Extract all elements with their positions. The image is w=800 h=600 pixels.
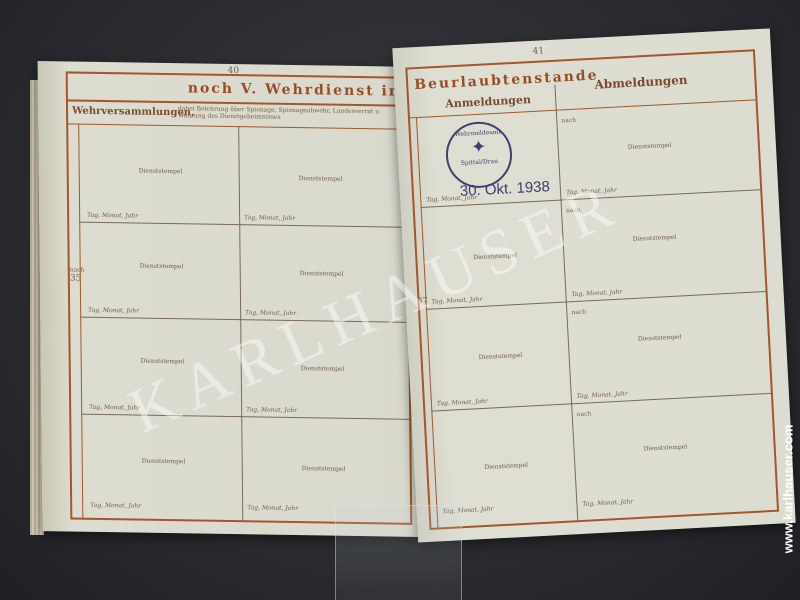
acrylic-stand [335, 505, 462, 600]
page-number: 41 [532, 46, 544, 57]
page-number: 40 [228, 66, 240, 76]
side-watermark: www.karlhauser.com [778, 394, 798, 584]
page-header: noch V. Wehrdienst im [188, 80, 406, 99]
side-number: 35 [70, 275, 82, 282]
section-label: Wehrversammlungen, [72, 106, 195, 119]
